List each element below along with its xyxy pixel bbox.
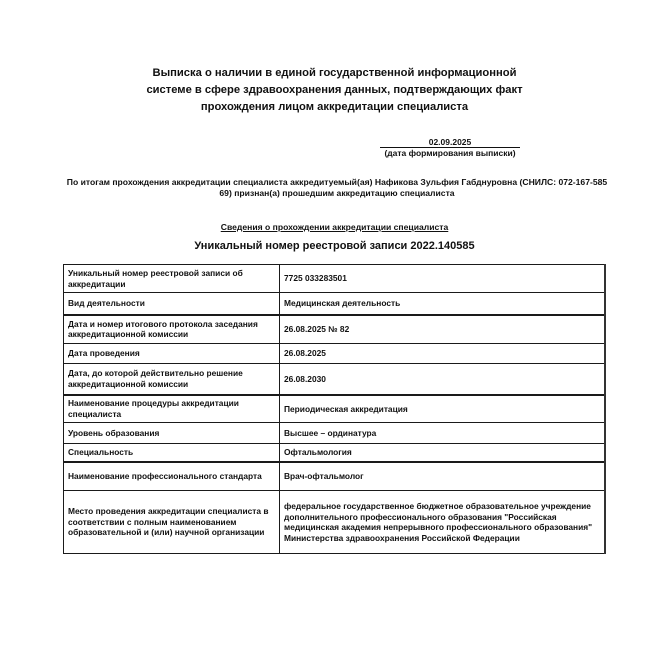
row-value: 26.08.2025 [280, 344, 606, 364]
document-title: Выписка о наличии в единой государственн… [0, 65, 647, 116]
row-value: Периодическая аккредитация [280, 395, 606, 423]
row-label: Уровень образования [64, 423, 280, 444]
row-value: Высшее – ординатура [280, 423, 606, 444]
row-label: Специальность [64, 444, 280, 462]
table-row: Уникальный номер реестровой записи об ак… [64, 265, 606, 293]
section-heading: Сведения о прохождении аккредитации спец… [0, 222, 647, 232]
row-label: Вид деятельности [64, 293, 280, 315]
table-row: Уровень образования Высшее – ординатура [64, 423, 606, 444]
row-label: Дата проведения [64, 344, 280, 364]
table-row: Наименование профессионального стандарта… [64, 462, 606, 491]
table-row: Место проведения аккредитации специалист… [64, 491, 606, 554]
row-value: 26.08.2030 [280, 364, 606, 395]
intro-paragraph: По итогам прохождения аккредитации специ… [64, 177, 610, 199]
table-row: Дата, до которой действительно решение а… [64, 364, 606, 395]
row-value: федеральное государственное бюджетное об… [280, 491, 606, 554]
table-row: Вид деятельности Медицинская деятельност… [64, 293, 606, 315]
accreditation-info-table: Уникальный номер реестровой записи об ак… [63, 264, 606, 554]
row-value: Офтальмология [280, 444, 606, 462]
title-line-1: Выписка о наличии в единой государственн… [0, 65, 647, 82]
row-value: Врач-офтальмолог [280, 462, 606, 491]
title-line-2: системе в сфере здравоохранения данных, … [0, 82, 647, 99]
row-value: 7725 033283501 [280, 265, 606, 293]
formation-date: 02.09.2025 [380, 137, 520, 148]
table-row: Дата проведения 26.08.2025 [64, 344, 606, 364]
row-label: Уникальный номер реестровой записи об ак… [64, 265, 280, 293]
formation-date-caption: (дата формирования выписки) [380, 148, 520, 159]
table-row: Дата и номер итогового протокола заседан… [64, 315, 606, 344]
row-value: 26.08.2025 № 82 [280, 315, 606, 344]
row-label: Наименование процедуры аккредитации спец… [64, 395, 280, 423]
row-label: Место проведения аккредитации специалист… [64, 491, 280, 554]
registry-number-heading: Уникальный номер реестровой записи 2022.… [0, 240, 647, 252]
row-value: Медицинская деятельность [280, 293, 606, 315]
table-row: Специальность Офтальмология [64, 444, 606, 462]
row-label: Дата и номер итогового протокола заседан… [64, 315, 280, 344]
title-line-3: прохождения лицом аккредитации специалис… [0, 99, 647, 116]
formation-date-block: 02.09.2025 (дата формирования выписки) [380, 137, 520, 159]
row-label: Дата, до которой действительно решение а… [64, 364, 280, 395]
row-label: Наименование профессионального стандарта [64, 462, 280, 491]
table-row: Наименование процедуры аккредитации спец… [64, 395, 606, 423]
